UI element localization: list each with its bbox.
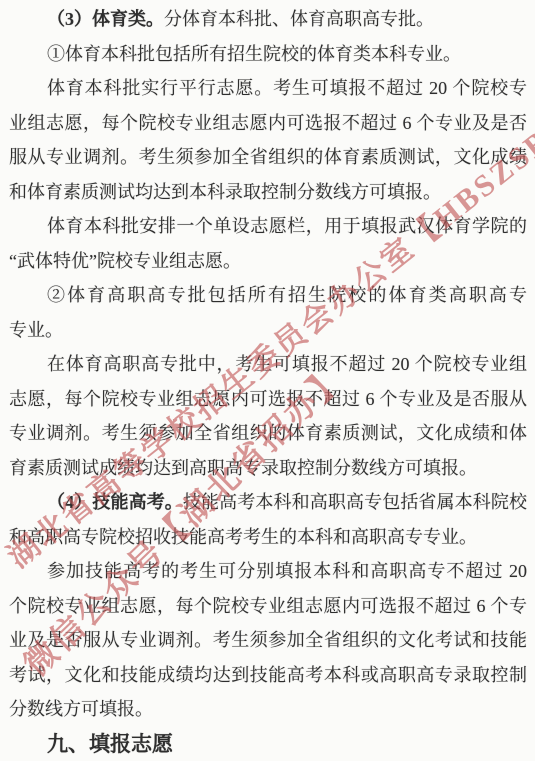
text-run: 专业调剂。考生须参加全省组织的体育素质测试，文化成绩和体 [9,423,527,443]
text-line: ②体育高职高专批包括所有招生院校的体育类高职高专 [9,278,527,313]
text-run: 参加技能高考的考生可分别填报本科和高职高专不超过 20 [47,561,527,581]
bold-text-run: 九、填报志愿 [47,732,173,756]
text-line: 服从专业调剂。考生须参加全省组织的体育素质测试，文化成绩 [9,140,527,175]
text-run: 和高职高专院校招收技能高考考生的本科和高职高专专业。 [9,527,477,547]
text-run: 个院校专业组志愿，每个院校专业组志愿内可选报不超过 6 个专 [9,596,527,616]
text-line: 专业。 [9,313,527,348]
text-line: （4）技能高考。技能高考本科和高职高专包括省属本科院校 [9,485,527,520]
text-run: 考试，文化和技能成绩均达到技能高考本科或高职高专录取控制 [9,665,527,685]
text-run: 在体育高职高专批中，考生可填报不超过 20 个院校专业组 [47,354,527,374]
text-line: 和高职高专院校招收技能高考考生的本科和高职高专专业。 [9,520,527,555]
bold-text-run: （4）技能高考。 [47,492,183,512]
section-heading: 九、填报志愿 [9,727,527,761]
text-run: 体育本科批实行平行志愿。考生可填报不超过 20 个院校专 [47,78,527,98]
text-line: 育素质测试成绩均达到高职高专录取控制分数线方可填报。 [9,451,527,486]
text-run: 分体育本科批、体育高职高专批。 [164,9,434,29]
text-line: 和体育素质测试均达到本科录取控制分数线方可填报。 [9,175,527,210]
text-line: 参加技能高考的考生可分别填报本科和高职高专不超过 20 [9,554,527,589]
text-run: “武体特优”院校专业组志愿。 [9,251,241,271]
text-line: 业组志愿，每个院校专业组志愿内可选报不超过 6 个专业及是否 [9,106,527,141]
text-line: 专业调剂。考生须参加全省组织的体育素质测试，文化成绩和体 [9,416,527,451]
text-run: 技能高考本科和高职高专包括省属本科院校 [183,492,527,512]
text-run: 育素质测试成绩均达到高职高专录取控制分数线方可填报。 [9,458,477,478]
text-line: 业及是否服从专业调剂。考生须参加全省组织的文化考试和技能 [9,623,527,658]
text-line: 体育本科批安排一个单设志愿栏，用于填报武汉体育学院的 [9,209,527,244]
text-line: 志愿，每个院校专业组志愿内可选报不超过 6 个专业及是否服从 [9,382,527,417]
text-line: 在体育高职高专批中，考生可填报不超过 20 个院校专业组 [9,347,527,382]
text-line: 考试，文化和技能成绩均达到技能高考本科或高职高专录取控制 [9,658,527,693]
text-run: 体育本科批安排一个单设志愿栏，用于填报武汉体育学院的 [47,216,527,236]
text-line: “武体特优”院校专业组志愿。 [9,244,527,279]
text-run: 分数线方可填报。 [9,699,153,719]
text-line: 体育本科批实行平行志愿。考生可填报不超过 20 个院校专 [9,71,527,106]
document-body: （3）体育类。分体育本科批、体育高职高专批。①体育本科批包括所有招生院校的体育类… [9,2,527,761]
text-line: ①体育本科批包括所有招生院校的体育类本科专业。 [9,37,527,72]
text-run: 业及是否服从专业调剂。考生须参加全省组织的文化考试和技能 [9,630,527,650]
bold-text-run: （3）体育类。 [47,9,164,29]
text-run: 服从专业调剂。考生须参加全省组织的体育素质测试，文化成绩 [9,147,527,167]
text-run: 和体育素质测试均达到本科录取控制分数线方可填报。 [9,182,441,202]
text-run: ①体育本科批包括所有招生院校的体育类本科专业。 [47,44,461,64]
scanned-document-page: （3）体育类。分体育本科批、体育高职高专批。①体育本科批包括所有招生院校的体育类… [0,0,535,761]
text-line: 个院校专业组志愿，每个院校专业组志愿内可选报不超过 6 个专 [9,589,527,624]
text-line: （3）体育类。分体育本科批、体育高职高专批。 [9,2,527,37]
text-run: ②体育高职高专批包括所有招生院校的体育类高职高专 [47,285,527,305]
text-line: 分数线方可填报。 [9,692,527,727]
text-run: 业组志愿，每个院校专业组志愿内可选报不超过 6 个专业及是否 [9,113,527,133]
text-run: 志愿，每个院校专业组志愿内可选报不超过 6 个专业及是否服从 [9,389,527,409]
text-run: 专业。 [9,320,63,340]
